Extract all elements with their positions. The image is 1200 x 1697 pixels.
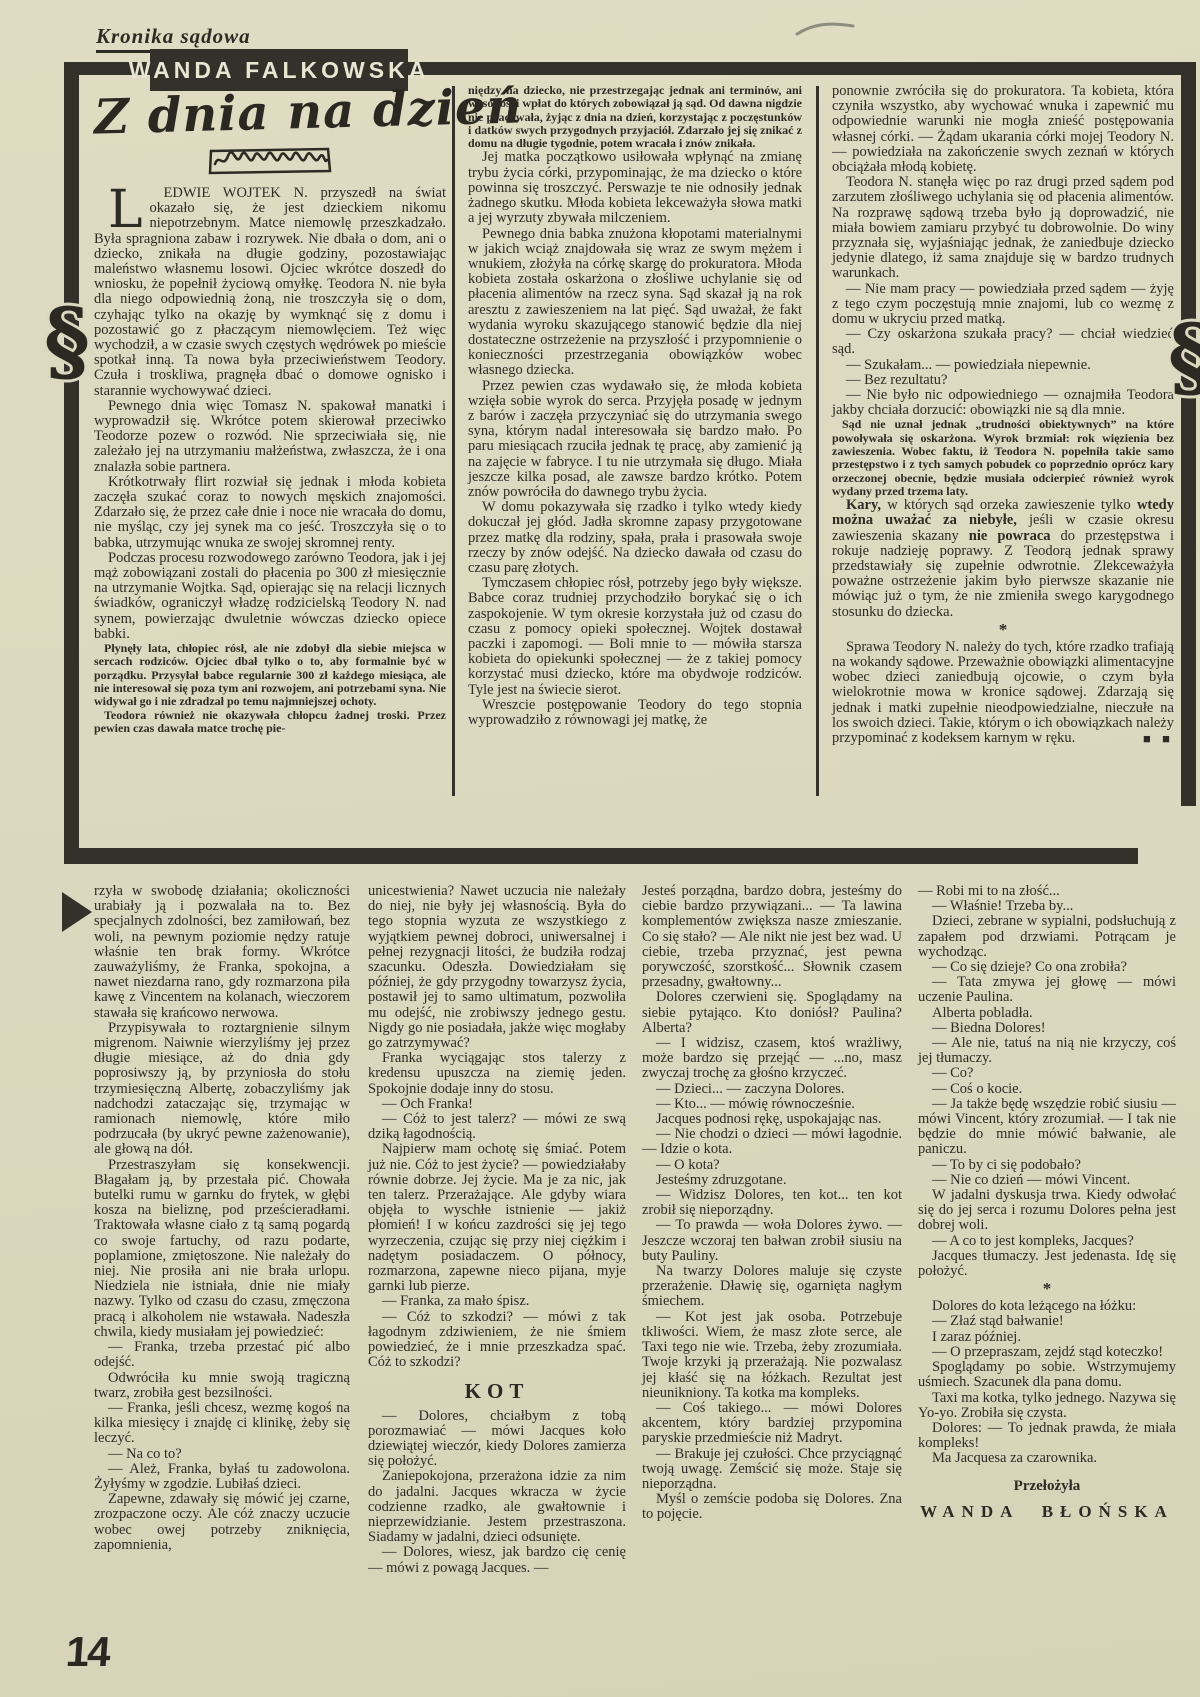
paragraph: — I widzisz, czasem, ktoś wrażliwy, może… bbox=[642, 1036, 902, 1082]
top-article-column-3: ponownie zwróciła się do prokuratora. Ta… bbox=[832, 84, 1174, 747]
article-separator-bar bbox=[64, 848, 1138, 864]
bottom-article-column-2: unicestwienia? Nawet uczucia nie należał… bbox=[368, 884, 626, 1576]
paragraph: Sprawa Teodory N. należy do tych, które … bbox=[832, 640, 1174, 746]
paragraph: ponownie zwróciła się do prokuratora. Ta… bbox=[832, 84, 1174, 175]
translator-label: Przełożyła bbox=[918, 1479, 1176, 1494]
paragraph: — Dolores, chciałbym z tobą porozmawiać … bbox=[368, 1409, 626, 1470]
paragraph: Dolores do kota leżącego na łóżku: bbox=[918, 1299, 1176, 1314]
paragraph: — Cóż to szkodzi? — mówi z tak łagodnym … bbox=[368, 1310, 626, 1371]
paragraph: unicestwienia? Nawet uczucia nie należał… bbox=[368, 884, 626, 1051]
translator-name: WANDA BŁOŃSKA bbox=[918, 1504, 1176, 1519]
paragraph: — Coś takiego... — mówi Dolores akcentem… bbox=[642, 1401, 902, 1447]
paragraph: — Nie co dzień — mówi Vincent. bbox=[918, 1173, 1176, 1188]
newspaper-page: Kronika sądowa WANDA FALKOWSKA § § Z dni… bbox=[0, 0, 1200, 1697]
column-rule bbox=[452, 86, 455, 796]
paragraph: — Och Franka! bbox=[368, 1097, 626, 1112]
frame-left-bar bbox=[64, 62, 79, 864]
paragraph: Dolores czerwieni się. Spoglądamy na sie… bbox=[642, 990, 902, 1036]
paragraph: Jacques podnosi rękę, uspokajając nas. bbox=[642, 1112, 902, 1127]
paragraph: Na twarzy Dolores maluje się czyste prze… bbox=[642, 1264, 902, 1310]
paragraph: — Ja także będę wszędzie robić siusiu — … bbox=[918, 1097, 1176, 1158]
paragraph: Jej matka początkowo usiłowała wpłynąć n… bbox=[468, 150, 802, 226]
paragraph: Krótkotrwały flirt rozwiał się jednak i … bbox=[94, 475, 446, 551]
paragraph: Zapewne, zdawały się mówić jej czarne, z… bbox=[94, 1492, 350, 1553]
article-title: Z dnia na dzień bbox=[93, 79, 446, 146]
paragraph: Teodora N. stanęła więc po raz drugi prz… bbox=[832, 175, 1174, 281]
top-article-column-1: Z dnia na dzień LEDWIE WOJTEK N. przysze… bbox=[94, 84, 446, 735]
drop-cap: L bbox=[94, 186, 150, 231]
hand-drawn-ornament bbox=[207, 146, 333, 176]
star-separator: * bbox=[918, 1279, 1176, 1299]
paragraph: — Coś o kocie. bbox=[918, 1082, 1176, 1097]
paragraph: Dolores: — To jednak prawda, że miała ko… bbox=[918, 1421, 1176, 1451]
paragraph: Ma Jacquesa za czarownika. bbox=[918, 1451, 1176, 1466]
paragraph: Przestraszyłam się konsekwencji. Błagała… bbox=[94, 1158, 350, 1340]
paragraph: — To by ci się podobało? bbox=[918, 1158, 1176, 1173]
paragraph-symbol-left: § bbox=[44, 288, 90, 392]
paragraph: Pewnego dnia babka znużona kłopotami mat… bbox=[468, 227, 802, 379]
paragraph: Taxi ma kotka, tylko jednego. Nazywa się… bbox=[918, 1391, 1176, 1421]
paragraph: — Franka, za mało śpisz. bbox=[368, 1294, 626, 1309]
paragraph: W jadalni dyskusja trwa. Kiedy odwołać s… bbox=[918, 1188, 1176, 1234]
paragraph: Tymczasem chłopiec rósł, potrzeby jego b… bbox=[468, 576, 802, 698]
frame-top-right-segment bbox=[404, 62, 1196, 75]
paragraph: — Kot jest jak osoba. Potrzebuje tkliwoś… bbox=[642, 1310, 902, 1401]
paragraph: Spoglądamy po sobie. Wstrzymujemy uśmiec… bbox=[918, 1360, 1176, 1390]
paragraph: — Brakuje jej czułości. Chce przyciągnąć… bbox=[642, 1447, 902, 1493]
paragraph: Płynęły lata, chłopiec rósł, ale nie zdo… bbox=[94, 642, 446, 708]
paragraph: Kary, w których sąd orzeka zawieszenie t… bbox=[832, 498, 1174, 620]
paragraph: — O kota? bbox=[642, 1158, 902, 1173]
paragraph: I zaraz później. bbox=[918, 1330, 1176, 1345]
paragraph: Teodora również nie okazywała chłopcu ża… bbox=[94, 709, 446, 736]
frame-right-bar bbox=[1181, 62, 1196, 806]
pen-mark bbox=[795, 20, 855, 40]
paragraph: — Dolores, wiesz, jak bardzo cię cenię —… bbox=[368, 1545, 626, 1575]
author-name: WANDA FALKOWSKA bbox=[129, 57, 430, 84]
paragraph: — Kto... — mówię równocześnie. bbox=[642, 1097, 902, 1112]
bottom-article-column-1: rzyła w swobodę działania; okoliczności … bbox=[94, 884, 350, 1553]
paragraph: Myśl o zemście podoba się Dolores. Zna t… bbox=[642, 1492, 902, 1522]
paragraph: — Szukałam... — powiedziała niepewnie. bbox=[832, 358, 1174, 373]
paragraph: Zaniepokojona, przerażona idzie za nim d… bbox=[368, 1469, 626, 1545]
paragraph: rzyła w swobodę działania; okoliczności … bbox=[94, 884, 350, 1021]
bottom-article-column-3: Jesteś porządna, bardzo dobra, jesteśmy … bbox=[642, 884, 902, 1523]
paragraph: — Nie chodzi o dzieci — mówi łagodnie. —… bbox=[642, 1127, 902, 1157]
paragraph: Dzieci, zebrane w sypialni, podsłuchują … bbox=[918, 914, 1176, 960]
paragraph: — Biedna Dolores! bbox=[918, 1021, 1176, 1036]
paragraph: — O przepraszam, zejdź stąd koteczko! bbox=[918, 1345, 1176, 1360]
paragraph: Przez pewien czas wydawało się, że młoda… bbox=[468, 379, 802, 501]
paragraph: — Dzieci... — zaczyna Dolores. bbox=[642, 1082, 902, 1097]
paragraph: — Na co to? bbox=[94, 1447, 350, 1462]
paragraph: W domu pokazywała się rzadko i tylko wte… bbox=[468, 500, 802, 576]
paragraph: — Bez rezultatu? bbox=[832, 373, 1174, 388]
continuation-arrow-icon bbox=[62, 892, 92, 932]
paragraph: — Tata zmywa jej głowę — mówi uczenie Pa… bbox=[918, 975, 1176, 1005]
paragraph: Najpierw mam ochotę się śmiać. Potem już… bbox=[368, 1142, 626, 1294]
bottom-article-column-4: — Robi mi to na złość...— Właśnie! Trzeb… bbox=[918, 884, 1176, 1519]
paragraph: — Czy oskarżona szukała pracy? — chciał … bbox=[832, 327, 1174, 357]
sub-article-heading: KOT bbox=[368, 1378, 626, 1404]
paragraph: — Ale nie, tatuś na nią nie krzyczy, coś… bbox=[918, 1036, 1176, 1066]
paragraph: Jesteśmy zdruzgotane. bbox=[642, 1173, 902, 1188]
paragraph: Odwróciła ku mnie swoją tragiczną twarz,… bbox=[94, 1371, 350, 1401]
paragraph: Alberta pobladła. bbox=[918, 1006, 1176, 1021]
paragraph: — Franka, trzeba przestać pić albo odejś… bbox=[94, 1340, 350, 1370]
paragraph: — Franka, jeśli chcesz, wezmę kogoś na k… bbox=[94, 1401, 350, 1447]
paragraph: — Co się dzieje? Co ona zrobiła? bbox=[918, 960, 1176, 975]
paragraph: Pewnego dnia więc Tomasz N. spakował man… bbox=[94, 399, 446, 475]
paragraph: LEDWIE WOJTEK N. przyszedł na świat okaz… bbox=[94, 186, 446, 399]
paragraph: Jesteś porządna, bardzo dobra, jesteśmy … bbox=[642, 884, 902, 990]
paragraph: — Co? bbox=[918, 1066, 1176, 1081]
paragraph: — Ależ, Franka, byłaś tu zadowolona. Żył… bbox=[94, 1462, 350, 1492]
paragraph: — Złaź stąd bałwanie! bbox=[918, 1314, 1176, 1329]
paragraph: — A co to jest kompleks, Jacques? bbox=[918, 1234, 1176, 1249]
paragraph: — Właśnie! Trzeba by... bbox=[918, 899, 1176, 914]
top-article-column-2: niędzy na dziecko, nie przestrzegając je… bbox=[468, 84, 802, 728]
paragraph: — Nie mam pracy — powiedziała przed sąde… bbox=[832, 282, 1174, 328]
paragraph: — Widzisz Dolores, ten kot... ten kot zr… bbox=[642, 1188, 902, 1218]
paragraph: — Robi mi to na złość... bbox=[918, 884, 1176, 899]
paragraph: Sąd nie uznał jednak „trudności obiektyw… bbox=[832, 418, 1174, 498]
paragraph: Podczas procesu rozwodowego zarówno Teod… bbox=[94, 551, 446, 642]
paragraph: — To prawda — woła Dolores żywo. — Jeszc… bbox=[642, 1218, 902, 1264]
paragraph: Wreszcie postępowanie Teodory do tego st… bbox=[468, 698, 802, 728]
paragraph: Jacques tłumaczy. Jest jedenasta. Idę si… bbox=[918, 1249, 1176, 1279]
paragraph-symbol-right: § bbox=[1168, 304, 1200, 408]
page-number: 14 bbox=[64, 1628, 110, 1676]
column-rule bbox=[816, 86, 819, 796]
paragraph: niędzy na dziecko, nie przestrzegając je… bbox=[468, 84, 802, 150]
paragraph: Przypisywała to roztargnienie silnym mig… bbox=[94, 1021, 350, 1158]
paragraph: — Nie było nic odpowiedniego — oznajmiła… bbox=[832, 388, 1174, 418]
star-separator: * bbox=[832, 620, 1174, 640]
paragraph: — Cóż to jest talerz? — mówi ze swą dzik… bbox=[368, 1112, 626, 1142]
paragraph: Franka wyciągając stos talerzy z kredens… bbox=[368, 1051, 626, 1097]
